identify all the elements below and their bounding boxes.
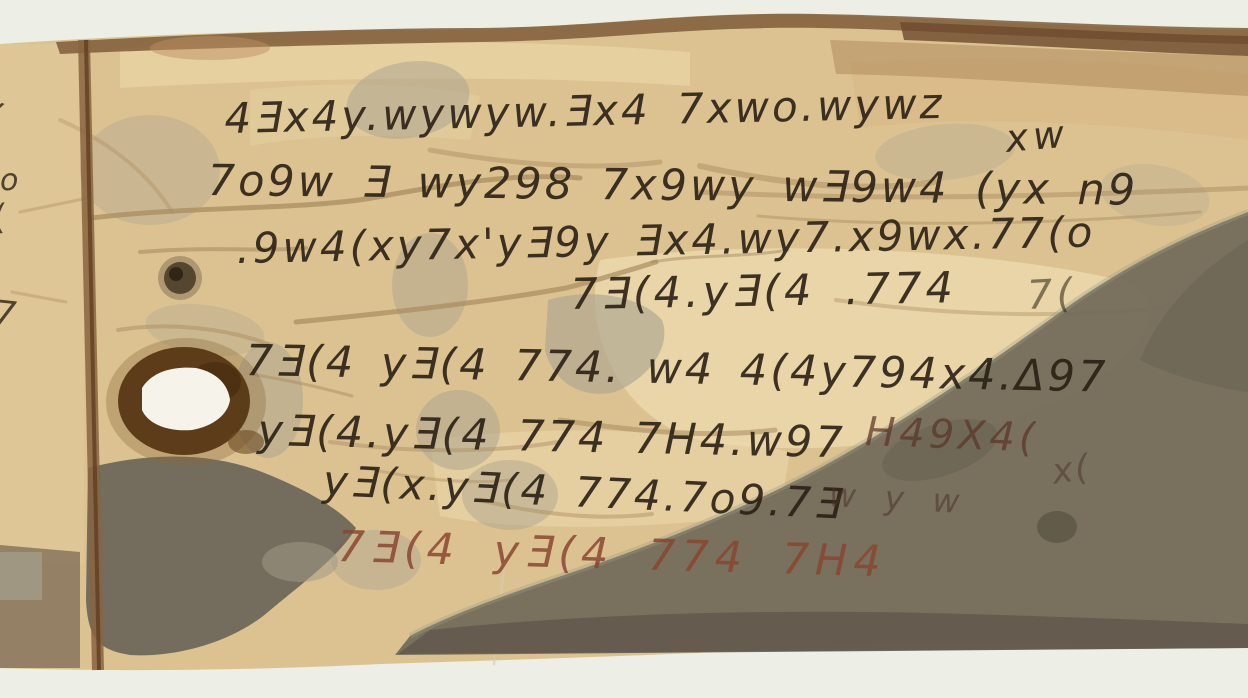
inscription-overwash-mark: x( bbox=[1050, 451, 1093, 491]
inscription-line-6-tail: H49X4( bbox=[864, 412, 1039, 459]
inscription-line-4: 7Ǝ(4.yƎ(4 .774 bbox=[570, 267, 957, 317]
left-edge-fragment-2: o bbox=[0, 166, 18, 196]
inscription-line-2: 7o9w Ǝ wy298 7x9wy wƎ9w4 (yx n9 bbox=[208, 160, 1139, 213]
artwork-canvas: 4Ǝx4y.wywyw.Ǝx4 7xwo.wywz xw 7o9w Ǝ wy29… bbox=[0, 0, 1248, 698]
ink-blot bbox=[158, 256, 202, 300]
inscription-line-4-tail: 7( bbox=[1026, 273, 1077, 316]
inscription-line-1-tail: xw bbox=[1004, 114, 1071, 157]
drill-hole bbox=[106, 338, 266, 466]
left-edge-fragment-4: 7 bbox=[0, 296, 18, 332]
inscription-line-7-tail: w y w bbox=[828, 478, 969, 518]
